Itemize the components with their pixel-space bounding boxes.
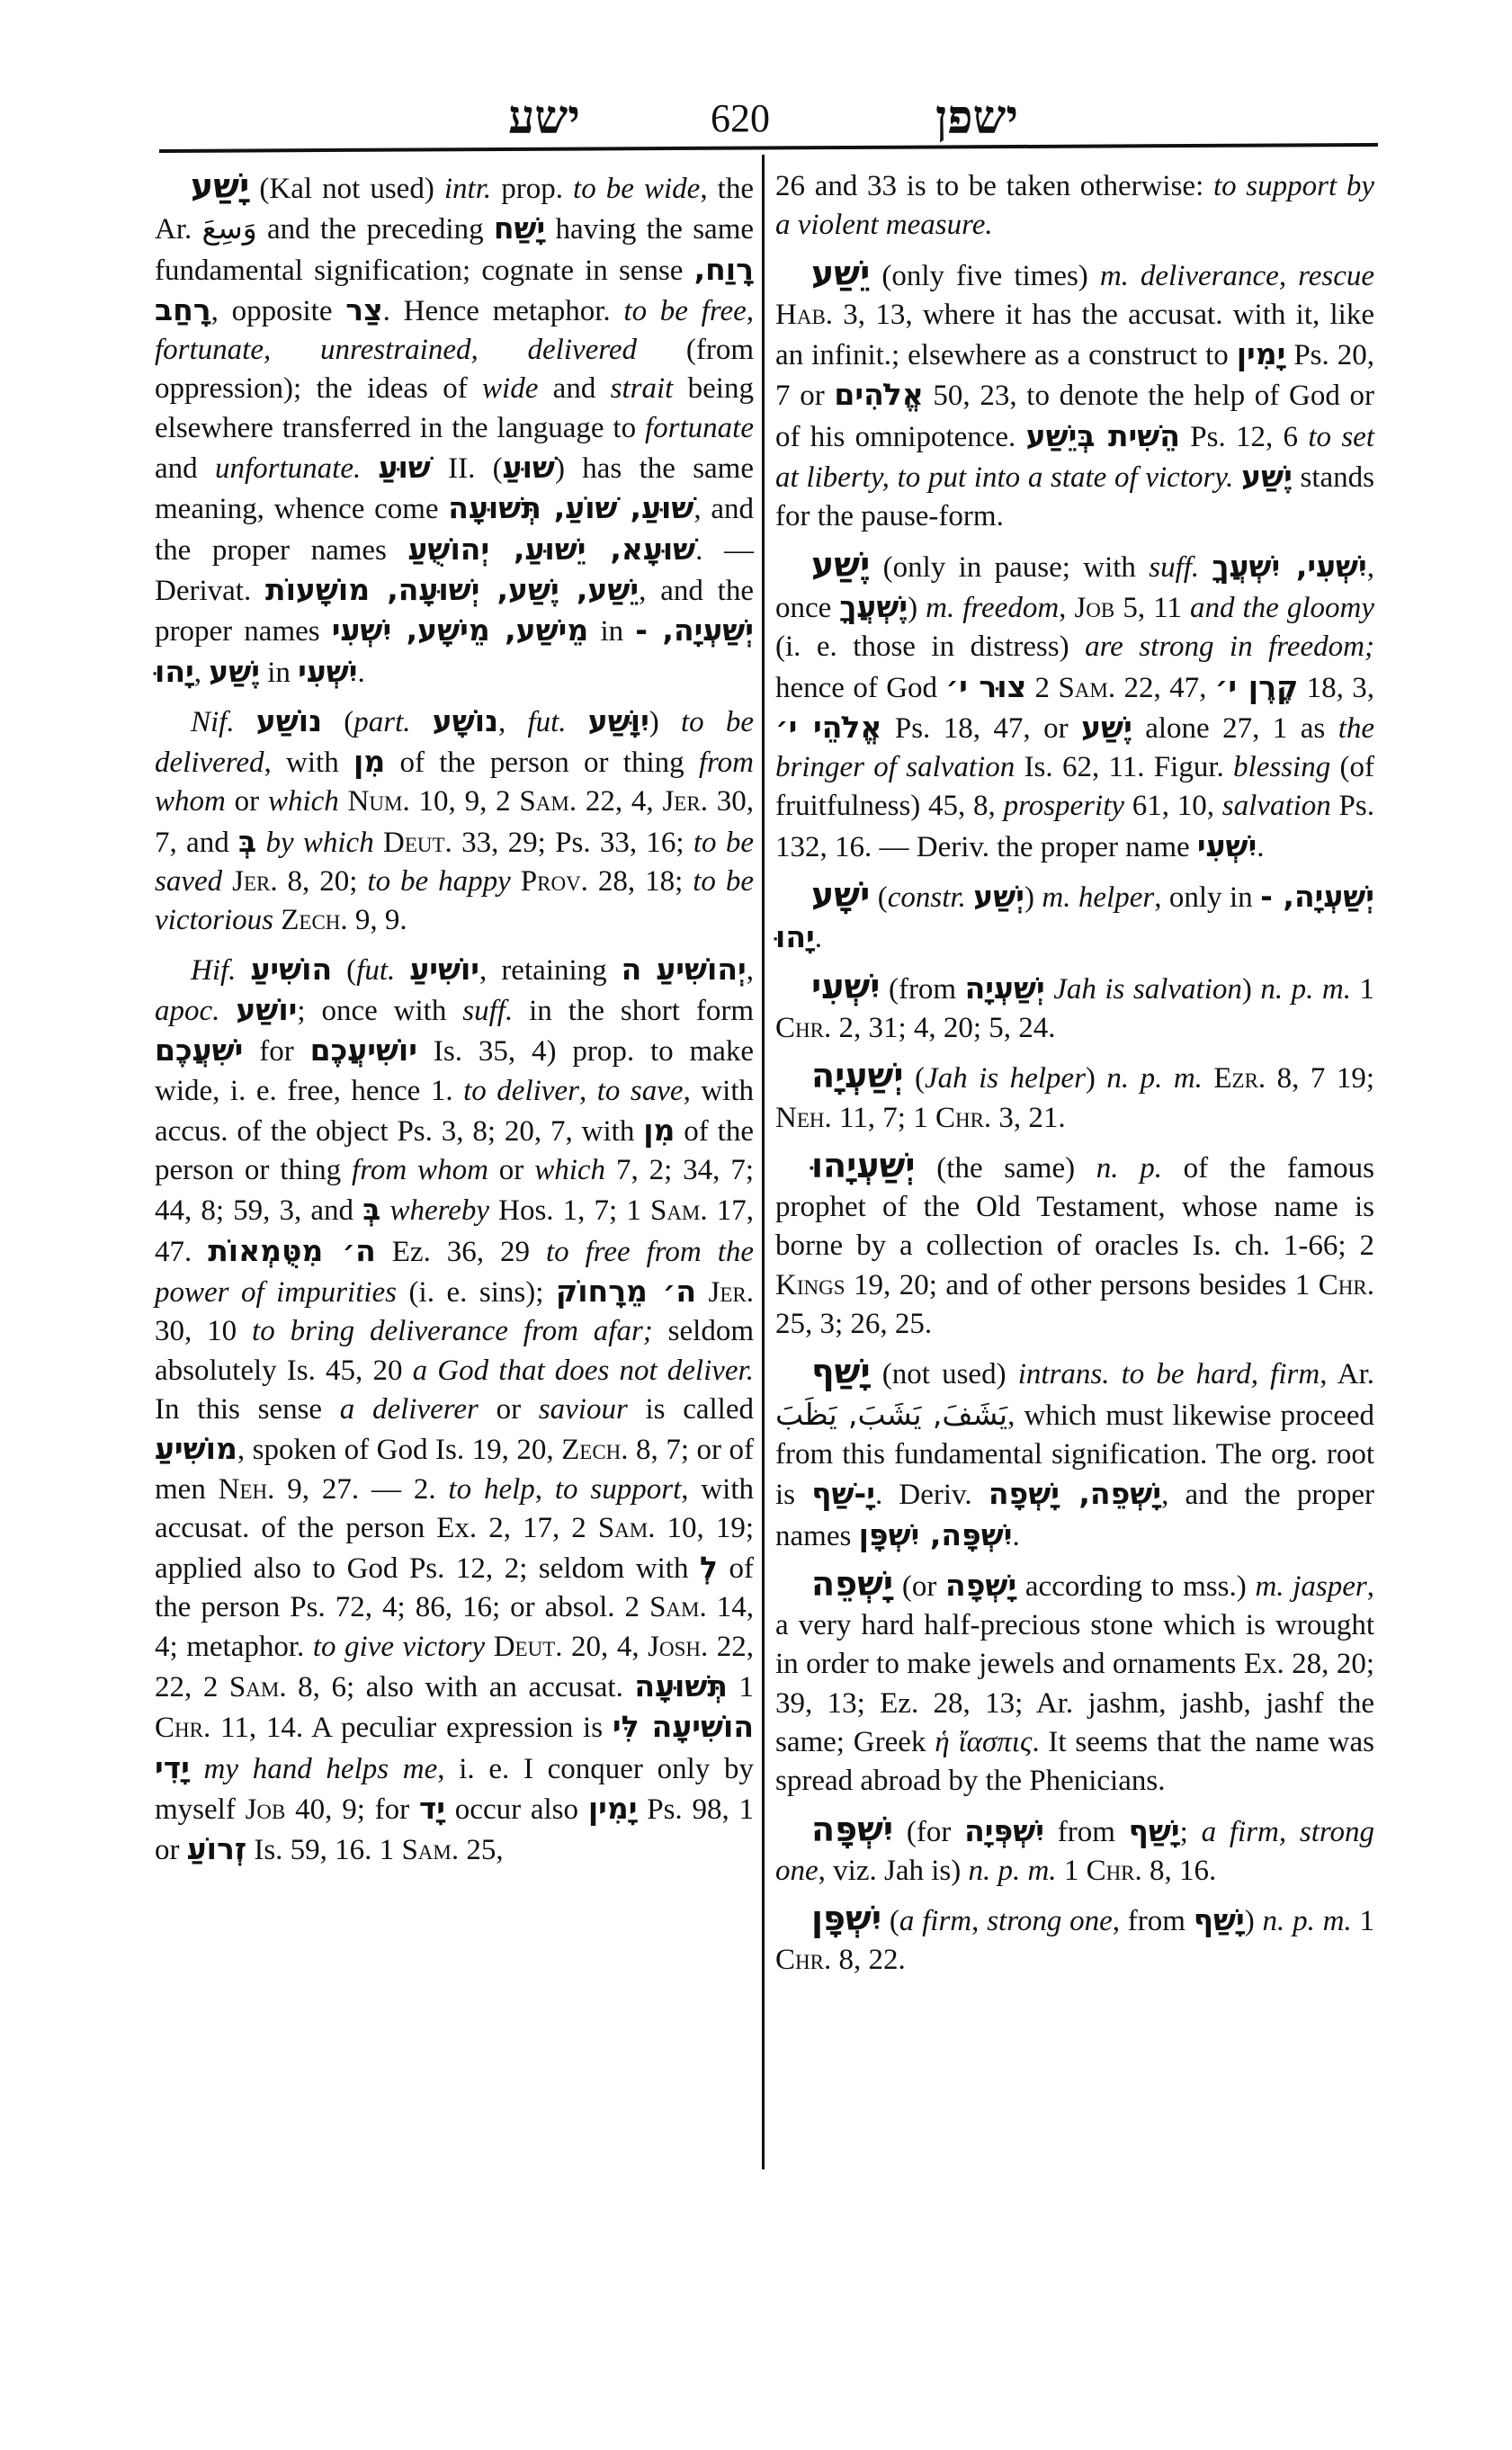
entry-text: to save — [597, 1075, 684, 1107]
dictionary-entry: 26 and 33 is to be taken otherwise: to s… — [775, 167, 1374, 246]
dictionary-entry: יִשְׁפָּן (a firm, strong one, from יָשַ… — [775, 1900, 1374, 1981]
book-reference: Sam. — [650, 1194, 708, 1227]
dictionary-entry: יֹשָׁע (constr. יְשַׁע) m. helper, only … — [775, 876, 1374, 959]
entry-text: In this sense — [155, 1393, 340, 1426]
entry-text: ( — [881, 1905, 899, 1937]
entry-text: ) — [908, 592, 926, 624]
entry-text: saviour — [539, 1393, 628, 1426]
arabic-term: وَسِعَ — [202, 210, 257, 246]
hebrew-term: יִשְׁפָּה, יִשְׁפָּן — [859, 1517, 1013, 1552]
hebrew-term: יֶשַׁע — [209, 654, 260, 689]
page-number: 620 — [711, 95, 770, 141]
dictionary-entry: יִשְׁעִי (from יְשַׁעְיָה Jah is salvati… — [775, 968, 1374, 1049]
hebrew-term: ה׳ מֵרָחוֹק — [556, 1274, 696, 1309]
entry-text — [256, 827, 265, 859]
entry-text: II. ( — [431, 452, 503, 485]
entry-text: 1 — [728, 1671, 754, 1703]
hebrew-term: צוּר י׳ — [945, 669, 1026, 704]
hebrew-term: מִן — [353, 744, 385, 779]
book-reference: Chr. — [935, 1102, 991, 1134]
book-reference: Sam. — [519, 785, 577, 818]
entry-text: by which — [265, 827, 373, 859]
book-reference: Chr. — [155, 1712, 210, 1744]
entry-text: . Deriv. — [875, 1479, 989, 1511]
dictionary-entry: יָשַׁף (not used) intrans. to be hard, f… — [775, 1353, 1374, 1555]
entry-text: 33, 29; Ps. 33, 16; — [452, 827, 693, 859]
entry-text: 8, 7 19; — [1266, 1062, 1374, 1095]
hebrew-term: יִוָּשַׁע — [588, 703, 649, 738]
entry-text: to help — [448, 1473, 534, 1506]
entry-text: . — [358, 657, 365, 689]
entry-text: ( — [332, 954, 356, 987]
hebrew-term: מוֹשִׁיעַ — [155, 1431, 237, 1466]
entry-text: in the short form — [513, 995, 754, 1027]
hebrew-term: לְ — [700, 1550, 718, 1585]
entry-text: 22, 47, — [1115, 672, 1215, 704]
entry-text: alone 27, 1 as — [1132, 712, 1338, 745]
book-reference: Zech. — [281, 904, 347, 936]
entry-text: 8, 22. — [831, 1944, 906, 1976]
entry-text: in — [588, 615, 635, 648]
entry-text: are strong in freedom; — [1085, 630, 1374, 663]
entry-text: fut. — [527, 706, 566, 738]
entry-text — [190, 1753, 204, 1785]
entry-text: . — [1012, 1520, 1019, 1552]
entry-text: 9, 9. — [348, 904, 407, 936]
entry-text: , only in — [1154, 881, 1260, 914]
entry-text: Is. 62, 11. Figur. — [1015, 751, 1233, 783]
hebrew-term: יָשַׁף — [1194, 1902, 1245, 1937]
dictionary-entry: יְשַׁעְיָה (Jah is helper) n. p. m. Ezr.… — [775, 1057, 1374, 1138]
entry-text: part. — [353, 706, 410, 738]
hebrew-term: יָשְׁפֵה, יָשְׁפָה — [989, 1476, 1161, 1511]
entry-text: ) — [1024, 881, 1042, 914]
entry-text: fut. — [356, 954, 395, 987]
hebrew-term: יִשְׁעִי, יִשְׁעֲךָ — [1212, 549, 1367, 584]
entry-text: 2 — [1026, 672, 1058, 704]
entry-text — [411, 706, 433, 738]
entry-text: 8, 16. — [1142, 1855, 1217, 1887]
book-reference: Sam. — [1058, 672, 1115, 704]
entry-text: n. p. — [1096, 1152, 1162, 1185]
entry-text: to bring deliverance from afar; — [252, 1315, 653, 1347]
book-reference: Num. — [348, 785, 410, 818]
entry-text: 18, 3, — [1298, 672, 1374, 704]
hebrew-term: יְשַׁע — [973, 879, 1024, 914]
hebrew-term: יָשַׁח — [494, 210, 545, 246]
entry-text: to support — [555, 1473, 681, 1506]
entry-text: 8, 6; also with an accusat. — [287, 1671, 635, 1703]
book-reference: Kings — [775, 1269, 845, 1301]
entry-text: to give victory — [313, 1631, 485, 1663]
entry-headword: יִשְׁפָּה — [811, 1810, 893, 1849]
entry-text: Jah is helper — [925, 1062, 1086, 1095]
entry-text: Ez. 36, 29 — [376, 1236, 546, 1268]
hebrew-term: שׁוּעַ, שׁוֹעַ, תְּשׁוּעָה — [448, 490, 693, 525]
entry-text: is called — [628, 1393, 754, 1426]
book-reference: Jer. — [709, 1276, 754, 1309]
entry-text: 25, — [459, 1834, 504, 1866]
entry-text: 40, 9; for — [285, 1793, 419, 1826]
entry-text — [1045, 973, 1054, 1006]
hebrew-term: יָשְׁפָה — [945, 1568, 1016, 1603]
hebrew-term: מֵישַׁע, מֵישָׁע, יִשְׁעִי — [332, 612, 588, 648]
hebrew-term: יָד — [419, 1791, 445, 1826]
dictionary-entry: יֵשַׁע (only five times) m. deliverance,… — [775, 255, 1374, 537]
entry-text: 8, 20; — [278, 865, 368, 898]
hebrew-term: יֶשְׁעֲךָ — [839, 589, 908, 624]
entry-text: whereby — [389, 1194, 489, 1227]
dictionary-entry: יָשְׁפֵה (or יָשְׁפָה according to mss.)… — [775, 1565, 1374, 1802]
hebrew-term: הוֹשִׁיעַ — [250, 952, 332, 987]
entry-text: which — [534, 1154, 605, 1186]
entry-headword: יְשַׁעְיָה — [811, 1056, 904, 1095]
entry-text: to be happy — [367, 865, 510, 898]
entry-text: unfortunate. — [215, 452, 361, 485]
dictionary-entry: יִשְׁפָּה (for יִשְׁפְּיָה from יָשַׁף; … — [775, 1811, 1374, 1891]
hebrew-term: יִשְׁעִי — [298, 654, 357, 689]
entry-text: Jah is salvation — [1053, 973, 1242, 1006]
entry-text: of the person or thing — [385, 747, 699, 779]
entry-headword: יְשַׁעְיָהוּ — [811, 1146, 916, 1185]
entry-text: ) — [1086, 1062, 1106, 1095]
entry-text — [339, 785, 348, 818]
entry-text: to be wide — [573, 173, 700, 205]
hebrew-term: בְּ — [238, 824, 256, 859]
hebrew-term: נוֹשַׁע — [256, 703, 322, 738]
hebrew-term: נוֹשָׁע — [433, 703, 498, 738]
entry-text: (i. e. those in distress) — [775, 630, 1085, 663]
hebrew-term: יוֹשִׁיעֲכֶם — [310, 1033, 417, 1068]
entry-text: which — [268, 785, 339, 818]
entry-text: (Kal not used) — [249, 173, 444, 205]
entry-text — [511, 865, 521, 898]
dictionary-entry: Nif. נוֹשַׁע (part. נוֹשָׁע, fut. יִוָּש… — [155, 702, 754, 941]
entry-headword: יֹשָׁע — [811, 875, 870, 915]
entry-text: , — [535, 1473, 555, 1506]
hebrew-term: שׁוּעַ — [503, 450, 555, 485]
hebrew-term: יֶשַׁע — [1241, 459, 1293, 494]
entry-text: in — [260, 657, 298, 689]
right-running-headword: ישפן — [935, 92, 1018, 145]
entry-text: n. p. m. — [1106, 1062, 1203, 1095]
entry-text: . — [1257, 831, 1264, 863]
entry-text: ; once with — [297, 995, 462, 1027]
entry-headword: יִשְׁעִי — [811, 967, 880, 1006]
entry-text: intr. — [444, 173, 491, 205]
entry-text: n. p. m. — [1263, 1905, 1352, 1937]
entry-text: Nif. — [191, 706, 235, 738]
dictionary-entry: יֶשַׁע (only in pause; with suff. יִשְׁע… — [775, 546, 1374, 867]
entry-text: blessing — [1233, 751, 1330, 783]
book-reference: Jer. — [232, 865, 277, 898]
entry-text: apoc. — [155, 995, 219, 1027]
entry-text: , retaining — [479, 954, 622, 987]
entry-text: ( — [904, 1062, 925, 1095]
entry-text: ) — [1245, 1905, 1263, 1937]
entry-text: or — [226, 785, 268, 818]
entry-text: 2, 31; 4, 20; 5, 24. — [831, 1012, 1055, 1044]
hebrew-term: ה — [622, 952, 642, 987]
entry-text: occur also — [445, 1793, 588, 1826]
entry-text: (or — [893, 1570, 945, 1603]
entry-text: 3, 21. — [991, 1102, 1066, 1134]
hebrew-term: יְהוֹשִׁיעַ — [656, 952, 746, 987]
entry-text: , — [498, 706, 527, 738]
entry-text: , opposite — [211, 295, 346, 327]
entry-text: 20, 4, — [563, 1631, 649, 1663]
book-reference: Neh. — [775, 1102, 832, 1134]
entry-text: a de­liverer — [340, 1393, 479, 1426]
entry-text: , — [971, 1905, 987, 1937]
entry-text: m. deliverance, rescue — [1100, 260, 1374, 292]
entry-text: strait — [611, 372, 674, 405]
entry-text: or — [479, 1393, 539, 1426]
entry-text: 26 and 33 is to be taken otherwise: — [775, 170, 1213, 202]
entry-text: (from — [880, 973, 964, 1006]
entry-text: , — [1059, 592, 1074, 624]
book-reference: Chr. — [775, 1012, 831, 1044]
hebrew-term: זְרוֹעַ — [187, 1831, 246, 1866]
entry-text — [395, 954, 409, 987]
entry-text — [374, 827, 383, 859]
hebrew-term: יִשְׁעִי — [1197, 828, 1257, 863]
hebrew-term: אֱלֹהִים — [834, 377, 923, 412]
entry-text: intrans. to be hard, firm — [1018, 1358, 1320, 1390]
entry-text: constr. — [888, 881, 966, 914]
entry-text — [273, 904, 281, 936]
entry-text: for — [243, 1035, 309, 1068]
book-reference: Neh. — [219, 1473, 275, 1506]
entry-text: 5, 11 — [1114, 592, 1190, 624]
entry-text — [219, 995, 236, 1027]
book-reference: Sam. — [229, 1671, 287, 1703]
entry-text: ) — [1242, 973, 1261, 1006]
entry-text: a God that does not deliver. — [413, 1355, 754, 1387]
entry-text: Ps. 18, 47, or — [881, 712, 1081, 745]
entry-text: 1 — [1352, 1905, 1374, 1937]
entry-text: suff. — [462, 995, 513, 1027]
book-reference: Josh. — [648, 1631, 708, 1663]
book-reference: Chr. — [775, 1944, 831, 1976]
book-reference: Chr. — [1087, 1855, 1142, 1887]
entry-text — [1233, 461, 1241, 494]
entry-text: Ps. 12, 6 — [1180, 421, 1308, 453]
entry-text: (for — [893, 1816, 964, 1848]
hebrew-term: יָשַׁף — [1129, 1813, 1180, 1848]
entry-text: n. p. m. — [968, 1855, 1056, 1887]
hebrew-term: יֵשַׁע, יֶשַׁע, יְשׁוּעָה, מוֹשָׁעוֹת — [265, 572, 639, 607]
entry-text — [1203, 1062, 1213, 1095]
entry-headword: יֶשַׁע — [811, 545, 870, 585]
entry-headword: יֵשַׁע — [811, 254, 870, 293]
hebrew-term: ה׳ מִטֻּמְאוֹת — [208, 1233, 376, 1268]
entry-text: , Ar. — [1320, 1358, 1374, 1390]
entry-text: (i. e. sins); — [397, 1276, 556, 1309]
entry-text — [380, 1194, 389, 1227]
entry-text: to deliver — [463, 1075, 579, 1107]
book-reference: Job — [1074, 592, 1114, 624]
entry-text: , — [194, 657, 210, 689]
entry-text — [641, 954, 656, 987]
entry-text: suff. — [1149, 551, 1199, 584]
entry-text: (only five times) — [870, 260, 1100, 292]
entry-text: ἡ ἴασπις — [935, 1726, 1032, 1758]
entry-text: Hos. 1, 7; 1 — [489, 1194, 650, 1227]
entry-text — [236, 954, 250, 987]
entry-headword: יִשְׁפָּן — [811, 1899, 881, 1938]
book-reference: Sam. — [649, 1591, 707, 1623]
entry-text: (only in pause; with — [870, 551, 1149, 584]
entry-text: and the gloomy — [1190, 592, 1374, 624]
hebrew-term: קֶרֶן י׳ — [1215, 669, 1298, 704]
entry-text — [222, 865, 232, 898]
entry-text: , spoken of God Is. 19, 20, — [237, 1434, 561, 1466]
entry-text — [567, 706, 588, 738]
book-reference: Ezr. — [1213, 1062, 1266, 1095]
entry-text: , viz. Jah is) — [819, 1855, 969, 1887]
entry-text: my hand helps me — [204, 1753, 438, 1785]
entry-text: 10, 9, 2 — [410, 785, 520, 818]
hebrew-term: בְּ — [362, 1192, 380, 1227]
book-reference: Sam. — [598, 1512, 656, 1544]
entry-text: salvation — [1222, 790, 1331, 822]
entry-headword: יָשַׁע — [191, 166, 249, 206]
entry-text: , with — [264, 747, 353, 779]
entry-text: ( — [322, 706, 353, 738]
entry-text: 61, 10, — [1124, 790, 1222, 822]
dictionary-entry: יָשַׁע (Kal not used) intr. prop. to be … — [155, 167, 754, 693]
hebrew-term: הֵשִׁית בְּיֵשַׁע — [1026, 418, 1180, 453]
book-reference: Zech. — [561, 1434, 628, 1466]
book-reference: Deut. — [494, 1631, 563, 1663]
entry-text: m. jasper — [1255, 1570, 1366, 1603]
entry-text: strong one — [987, 1905, 1113, 1937]
entry-text: 1 — [1057, 1855, 1087, 1887]
entry-text: ( — [870, 881, 887, 914]
hebrew-term: שׁוּעָא, יֵשׁוּעַ, יְהוֹשֻׁעַ — [407, 532, 695, 567]
entry-text: 11, 14. A pecu­liar expression is — [210, 1712, 613, 1744]
entry-text: a firm — [899, 1905, 971, 1937]
arabic-term: يَشَفَ, يَشَبَ, يَظَبَ — [775, 1397, 1007, 1432]
hebrew-term: יִשְׁפְּיָה — [964, 1813, 1044, 1848]
hebrew-term: יֹשִׁעֲכֶם — [155, 1033, 243, 1068]
hebrew-term: יָמִין — [588, 1791, 638, 1826]
entry-text: prop. — [491, 173, 573, 205]
entry-text — [235, 706, 256, 738]
entry-text: , — [747, 954, 754, 987]
entry-text: prosperity — [1004, 790, 1124, 822]
entry-text: ; — [1180, 1816, 1202, 1848]
entry-text: m. freedom — [926, 592, 1059, 624]
entry-text: fortunate — [645, 412, 754, 444]
entry-text: wide — [482, 372, 538, 405]
entry-text: 25, 3; 26, 25. — [775, 1308, 932, 1340]
entry-headword: יָשְׁפֵה — [811, 1564, 893, 1604]
entry-text: 1 — [1351, 973, 1374, 1006]
book-reference: Chr. — [1319, 1269, 1374, 1301]
entry-text: (the same) — [916, 1152, 1096, 1185]
entry-text: 28, 18; — [588, 865, 693, 898]
left-column: יָשַׁע (Kal not used) intr. prop. to be … — [155, 167, 754, 1879]
hebrew-term: תְּשׁוּעָה — [634, 1668, 728, 1703]
entry-text — [1199, 551, 1212, 584]
book-reference: Jer. — [662, 785, 707, 818]
entry-text: 9, 27. — 2. — [274, 1473, 448, 1506]
entry-text: and — [155, 452, 215, 485]
hebrew-term: יוֹשִׁיעַ — [409, 952, 479, 987]
entry-text: hence of God — [775, 672, 945, 704]
dictionary-entry: Hif. הוֹשִׁיעַ (fut. יוֹשִׁיעַ, retainin… — [155, 950, 754, 1871]
entry-text: m. helper — [1042, 881, 1154, 914]
book-reference: Deut. — [383, 827, 452, 859]
entry-text: 19, 20; and of other persons besides 1 — [845, 1269, 1319, 1301]
entry-text: or — [488, 1154, 534, 1186]
left-running-headword: ישע — [508, 92, 580, 145]
dictionary-entry: יְשַׁעְיָהוּ (the same) n. p. of the fam… — [775, 1147, 1374, 1344]
entry-text: Hif. — [191, 954, 236, 987]
entry-text — [361, 452, 378, 485]
entry-text: 11, 7; 1 — [832, 1102, 935, 1134]
entry-text: Is. 59, 16. 1 — [246, 1834, 401, 1866]
entry-text: 30, 10 — [155, 1315, 252, 1347]
entry-text: . — [815, 922, 822, 954]
book-reference: Prov. — [521, 865, 588, 898]
entry-headword: יָשַׁף — [811, 1352, 871, 1391]
entry-text: and the preceding — [257, 213, 494, 246]
hebrew-term: יְשַׁעְיָה — [965, 970, 1045, 1006]
entry-text: from whom — [352, 1154, 488, 1186]
column-divider — [762, 155, 765, 2169]
entry-text: (not used) — [871, 1358, 1018, 1390]
hebrew-term: אֱלֹהֵי י׳ — [775, 710, 881, 745]
hebrew-term: יָמִין — [1237, 336, 1286, 371]
book-reference: Sam. — [401, 1834, 459, 1866]
hebrew-term: יָ-שַׁף — [811, 1476, 875, 1511]
hebrew-term: יֶשַׁע — [1081, 710, 1132, 745]
entry-text: ) — [649, 706, 681, 738]
book-reference: Job — [246, 1793, 286, 1826]
hebrew-term: יוֹשַׁע — [236, 992, 297, 1027]
entry-text: , from — [1113, 1905, 1194, 1937]
entry-text: and — [538, 372, 610, 405]
hebrew-term: שׁוּעַ — [379, 450, 431, 485]
right-column: 26 and 33 is to be taken otherwise: to s… — [775, 167, 1374, 1990]
entry-text: according to mss.) — [1016, 1570, 1255, 1603]
entry-text — [485, 1631, 494, 1663]
hebrew-term: צַר — [345, 292, 382, 327]
hebrew-term: מִן — [643, 1113, 675, 1148]
entry-text: n. p. m. — [1260, 973, 1351, 1006]
entry-text: 22, 4, — [577, 785, 662, 818]
entry-text: . Hence metaphor. — [383, 295, 624, 327]
entry-text: , — [579, 1075, 597, 1107]
entry-text: from — [1044, 1816, 1129, 1848]
book-reference: Hab. — [775, 299, 833, 331]
entry-text — [696, 1276, 709, 1309]
entry-text — [966, 881, 973, 914]
